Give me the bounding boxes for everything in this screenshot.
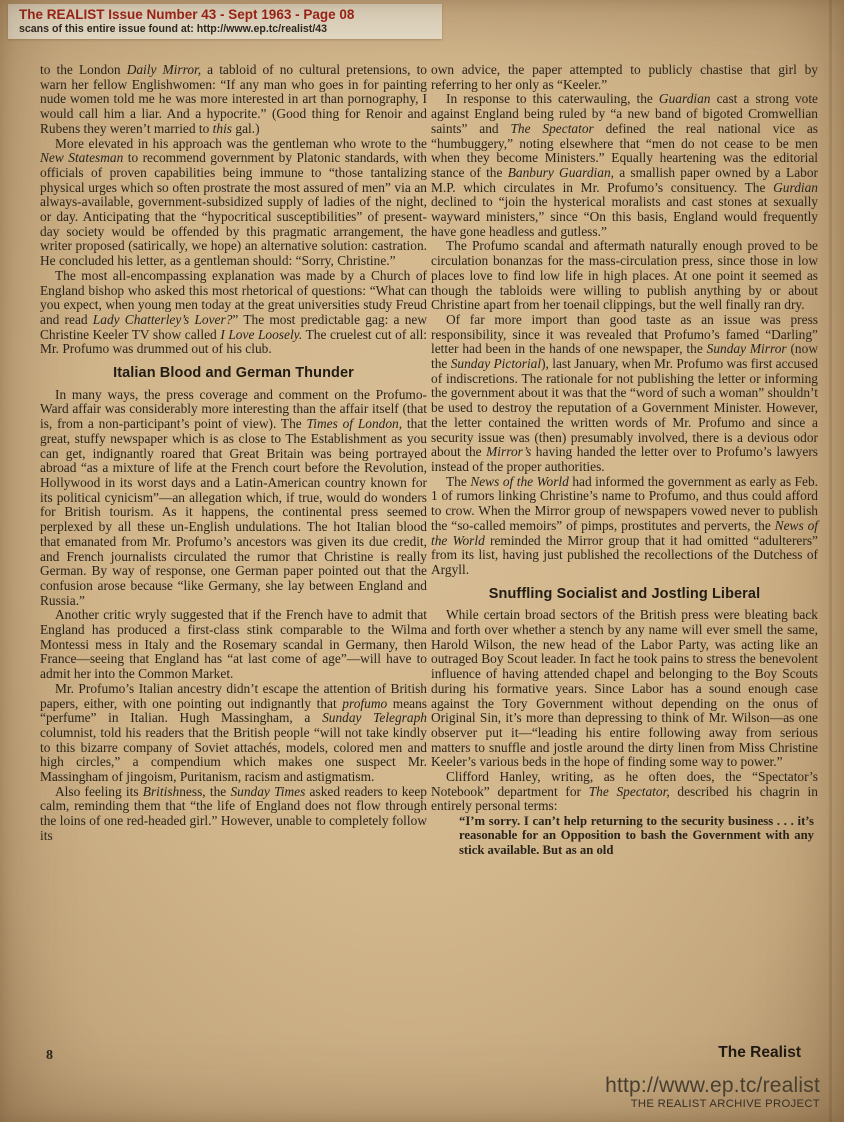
body-paragraph: In many ways, the press coverage and com…	[40, 388, 427, 609]
body-paragraph: Clifford Hanley, writing, as he often do…	[431, 770, 818, 814]
right-column: own advice, the paper attempted to publi…	[431, 63, 818, 857]
magazine-masthead: The Realist	[718, 1044, 801, 1062]
blockquote-paragraph: “I’m sorry. I can’t help returning to th…	[459, 814, 814, 857]
body-paragraph: to the London Daily Mirror, a tabloid of…	[40, 63, 427, 137]
header-issue-line: The REALIST Issue Number 43 - Sept 1963 …	[19, 7, 434, 23]
body-paragraph: In response to this caterwauling, the Gu…	[431, 92, 818, 239]
scanned-magazine-page: The REALIST Issue Number 43 - Sept 1963 …	[0, 0, 844, 1122]
archive-footer: http://www.ep.tc/realist THE REALIST ARC…	[605, 1074, 820, 1111]
page-number: 8	[46, 1048, 53, 1064]
scan-header-strip: The REALIST Issue Number 43 - Sept 1963 …	[8, 4, 442, 39]
section-heading: Italian Blood and German Thunder	[40, 366, 427, 381]
body-paragraph: The Profumo scandal and aftermath natura…	[431, 239, 818, 313]
archive-project-name: THE REALIST ARCHIVE PROJECT	[605, 1098, 820, 1111]
section-heading: Snuffling Socialist and Jostling Liberal	[431, 587, 818, 602]
body-paragraph: own advice, the paper attempted to publi…	[431, 63, 818, 92]
body-paragraph: Mr. Profumo’s Italian ancestry didn’t es…	[40, 682, 427, 785]
header-scan-source-line: scans of this entire issue found at: htt…	[19, 23, 434, 35]
body-paragraph: More elevated in his approach was the ge…	[40, 137, 427, 269]
body-paragraph: Also feeling its Britishness, the Sunday…	[40, 785, 427, 844]
body-paragraph: Of far more import than good taste as an…	[431, 313, 818, 475]
body-paragraph: The most all-encompassing explanation wa…	[40, 269, 427, 357]
archive-url: http://www.ep.tc/realist	[605, 1074, 820, 1097]
body-paragraph: While certain broad sectors of the Briti…	[431, 608, 818, 770]
body-paragraph: Another critic wryly suggested that if t…	[40, 608, 427, 682]
left-column: to the London Daily Mirror, a tabloid of…	[40, 63, 427, 844]
body-paragraph: The News of the World had informed the g…	[431, 475, 818, 578]
